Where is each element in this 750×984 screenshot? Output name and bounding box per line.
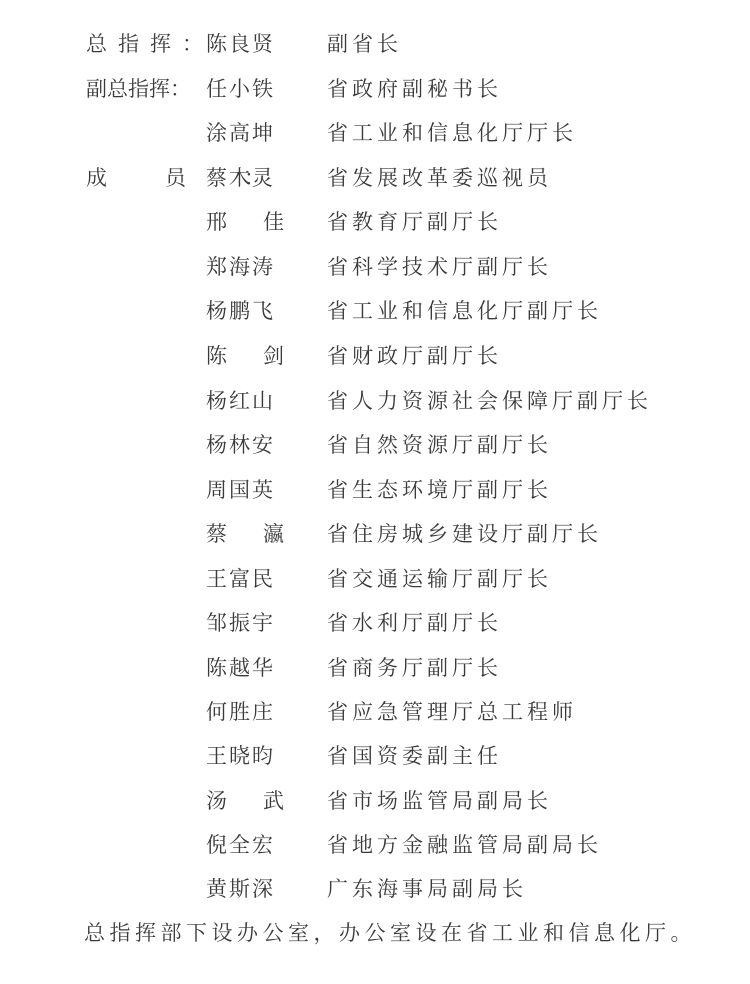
list-item: 总指挥： 陈良贤 副省长 [0,29,750,59]
member-name: 黄斯深 [206,874,296,904]
member-title: 省政府副秘书长 [327,74,502,104]
member-name: 王富民 [206,564,296,594]
member-title: 省财政厅副厅长 [327,341,502,371]
member-name: 蔡木灵 [206,163,296,193]
member-title: 省生态环境厅副厅长 [327,475,552,505]
member-title: 省应急管理厅总工程师 [327,697,577,727]
list-item: 郑海涛 省科学技术厅副厅长 [0,252,750,282]
member-name: 蔡瀛 [206,519,296,549]
member-name: 涂高坤 [206,118,296,148]
list-item: 周国英 省生态环境厅副厅长 [0,475,750,505]
member-title: 省科学技术厅副厅长 [327,252,552,282]
list-item: 成员： 蔡木灵 省发展改革委巡视员 [0,163,750,193]
member-title: 省发展改革委巡视员 [327,163,552,193]
member-title: 省教育厅副厅长 [327,207,502,237]
list-item: 蔡瀛 省住房城乡建设厅副厅长 [0,519,750,549]
member-name: 王晓昀 [206,741,296,771]
member-title: 省市场监管局副局长 [327,786,552,816]
list-item: 王富民 省交通运输厅副厅长 [0,564,750,594]
list-item: 陈剑 省财政厅副厅长 [0,341,750,371]
member-name: 汤武 [206,786,296,816]
member-name: 陈良贤 [206,29,296,59]
list-item: 汤武 省市场监管局副局长 [0,786,750,816]
member-title: 省人力资源社会保障厅副厅长 [327,386,652,416]
list-item: 王晓昀 省国资委副主任 [0,741,750,771]
member-title: 省住房城乡建设厅副厅长 [327,519,602,549]
member-title: 省国资委副主任 [327,741,502,771]
member-title: 副省长 [327,29,402,59]
list-item: 杨林安 省自然资源厅副厅长 [0,430,750,460]
member-list-document: 总指挥： 陈良贤 副省长 副总指挥： 任小铁 省政府副秘书长 涂高坤 省工业和信… [0,0,750,984]
list-item: 黄斯深 广东海事局副局长 [0,874,750,904]
list-item: 何胜庄 省应急管理厅总工程师 [0,697,750,727]
list-item: 倪全宏 省地方金融监管局副局长 [0,830,750,860]
member-title: 省自然资源厅副厅长 [327,430,552,460]
member-title: 省交通运输厅副厅长 [327,564,552,594]
role-label: 总指挥： [86,29,206,59]
member-name: 杨红山 [206,386,296,416]
member-title: 广东海事局副局长 [327,874,527,904]
member-name: 任小铁 [206,74,296,104]
member-title: 省工业和信息化厅副厅长 [327,296,602,326]
list-item: 副总指挥： 任小铁 省政府副秘书长 [0,74,750,104]
member-name: 陈剑 [206,341,296,371]
member-title: 省水利厅副厅长 [327,608,502,638]
role-label: 成员： [86,163,206,193]
list-item: 陈越华 省商务厅副厅长 [0,653,750,683]
member-name: 倪全宏 [206,830,296,860]
member-title: 省商务厅副厅长 [327,653,502,683]
list-item: 杨红山 省人力资源社会保障厅副厅长 [0,386,750,416]
member-name: 郑海涛 [206,252,296,282]
member-title: 省地方金融监管局副局长 [327,830,602,860]
member-name: 杨鹏飞 [206,296,296,326]
member-name: 陈越华 [206,653,296,683]
member-name: 邢佳 [206,207,296,237]
list-item: 杨鹏飞 省工业和信息化厅副厅长 [0,296,750,326]
list-item: 涂高坤 省工业和信息化厅厅长 [0,118,750,148]
office-note: 总指挥部下设办公室，办公室设在省工业和信息化厅。 [84,918,696,948]
member-name: 杨林安 [206,430,296,460]
member-name: 周国英 [206,475,296,505]
member-name: 邹振宇 [206,608,296,638]
member-title: 省工业和信息化厅厅长 [327,118,577,148]
member-name: 何胜庄 [206,697,296,727]
list-item: 邹振宇 省水利厅副厅长 [0,608,750,638]
role-label: 副总指挥： [86,74,206,104]
list-item: 邢佳 省教育厅副厅长 [0,207,750,237]
